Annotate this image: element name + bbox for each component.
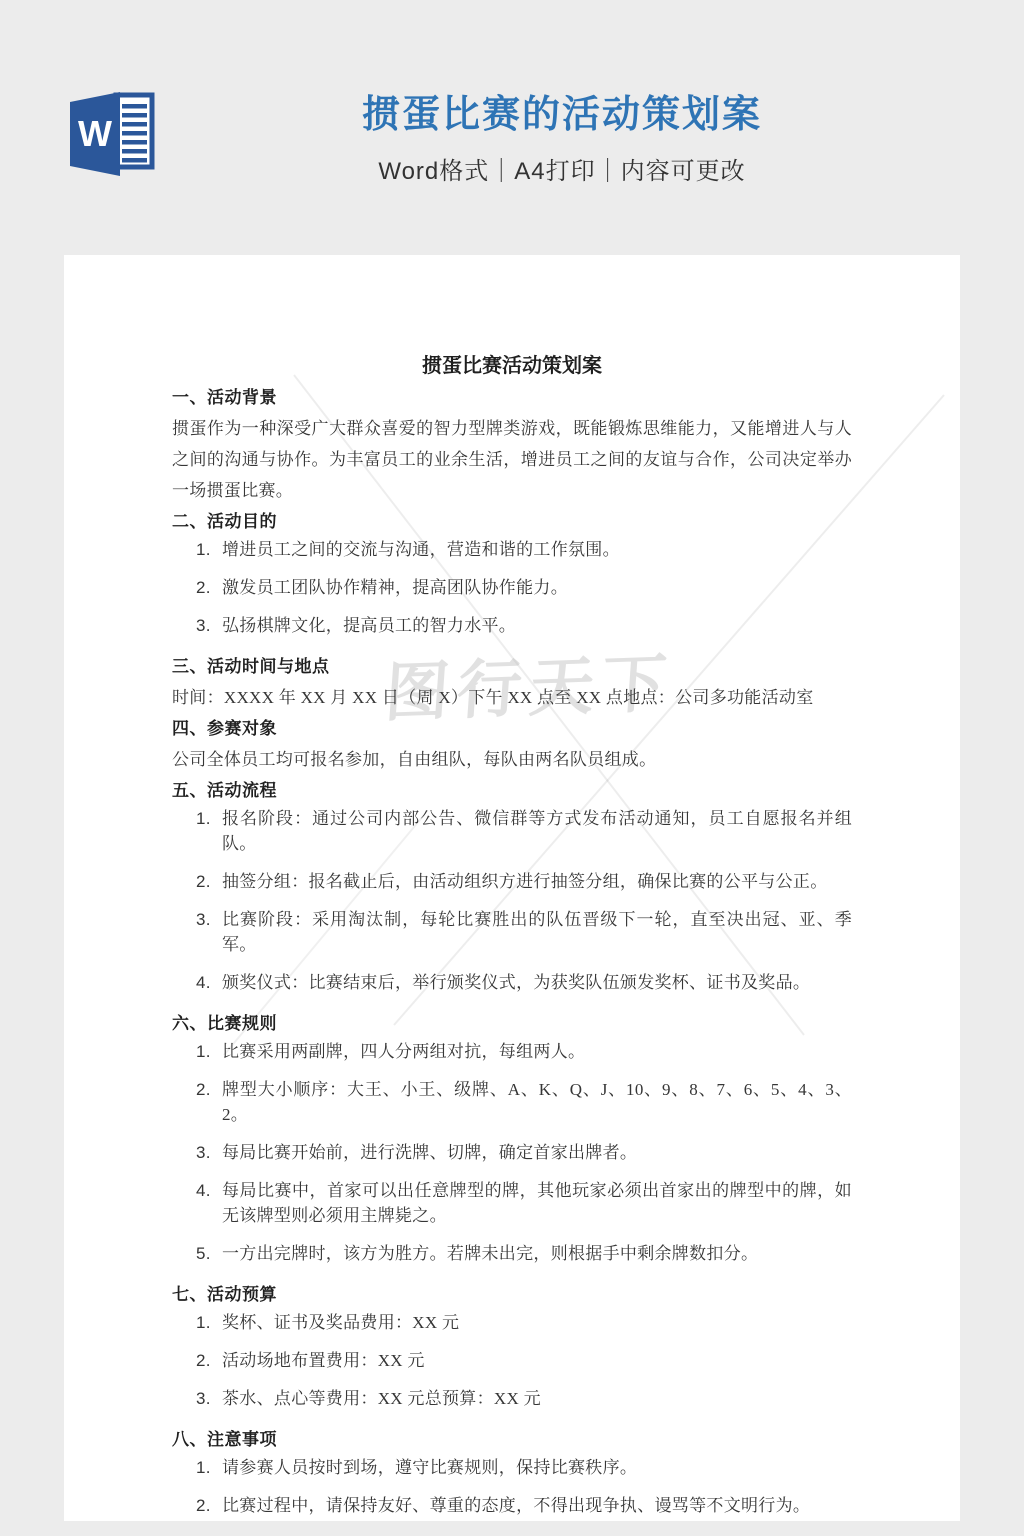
- section-heading: 二、活动目的: [172, 506, 852, 537]
- list-item-number: 3.: [196, 907, 211, 932]
- document-card: 图行天下 掼蛋比赛活动策划案 一、活动背景掼蛋作为一种深受广大群众喜爱的智力型牌…: [64, 255, 960, 1521]
- list-item-number: 2.: [196, 1348, 211, 1373]
- list-item: 1.比赛采用两副牌，四人分两组对抗，每组两人。: [172, 1039, 852, 1064]
- list-item-text: 抽签分组：报名截止后，由活动组织方进行抽签分组，确保比赛的公平与公正。: [222, 872, 828, 891]
- section-heading: 八、注意事项: [172, 1424, 852, 1455]
- list-item: 1.请参赛人员按时到场，遵守比赛规则，保持比赛秩序。: [172, 1455, 852, 1480]
- section-heading: 一、活动背景: [172, 382, 852, 413]
- list-item-text: 一方出完牌时，该方为胜方。若牌未出完，则根据手中剩余牌数扣分。: [222, 1244, 758, 1263]
- paragraph: 公司全体员工均可报名参加，自由组队，每队由两名队员组成。: [172, 744, 852, 775]
- list-item-number: 1.: [196, 806, 211, 831]
- list-item-text: 比赛过程中，请保持友好、尊重的态度，不得出现争执、谩骂等不文明行为。: [222, 1496, 810, 1515]
- list-item: 2.比赛过程中，请保持友好、尊重的态度，不得出现争执、谩骂等不文明行为。: [172, 1493, 852, 1518]
- doc-blocks: 一、活动背景掼蛋作为一种深受广大群众喜爱的智力型牌类游戏，既能锻炼思维能力，又能…: [172, 382, 852, 1518]
- numbered-list: 1.比赛采用两副牌，四人分两组对抗，每组两人。2.牌型大小顺序：大王、小王、级牌…: [172, 1039, 852, 1266]
- section-heading: 六、比赛规则: [172, 1008, 852, 1039]
- page: { "colors": { "page_bg": "#ececec", "car…: [0, 0, 1024, 1536]
- list-item-number: 1.: [196, 1455, 211, 1480]
- list-item-number: 2.: [196, 1493, 211, 1518]
- section-heading: 七、活动预算: [172, 1279, 852, 1310]
- list-item: 3.比赛阶段：采用淘汰制，每轮比赛胜出的队伍晋级下一轮，直至决出冠、亚、季军。: [172, 907, 852, 957]
- list-item: 3.每局比赛开始前，进行洗牌、切牌，确定首家出牌者。: [172, 1140, 852, 1165]
- list-item-text: 茶水、点心等费用：XX 元总预算：XX 元: [222, 1389, 541, 1408]
- list-item: 1.报名阶段：通过公司内部公告、微信群等方式发布活动通知，员工自愿报名并组队。: [172, 806, 852, 856]
- document-title: 掼蛋比赛活动策划案: [172, 351, 852, 382]
- section-heading: 五、活动流程: [172, 775, 852, 806]
- list-item: 1.增进员工之间的交流与沟通，营造和谐的工作氛围。: [172, 537, 852, 562]
- list-item: 3.弘扬棋牌文化，提高员工的智力水平。: [172, 613, 852, 638]
- list-item: 2.激发员工团队协作精神，提高团队协作能力。: [172, 575, 852, 600]
- section-heading: 四、参赛对象: [172, 713, 852, 744]
- list-item-text: 每局比赛中，首家可以出任意牌型的牌，其他玩家必须出首家出的牌型中的牌，如无该牌型…: [222, 1181, 852, 1225]
- list-item-text: 请参赛人员按时到场，遵守比赛规则，保持比赛秩序。: [222, 1458, 637, 1477]
- header-text-block: 掼蛋比赛的活动策划案 Word格式｜A4打印｜内容可更改: [0, 92, 1024, 186]
- numbered-list: 1.增进员工之间的交流与沟通，营造和谐的工作氛围。2.激发员工团队协作精神，提高…: [172, 537, 852, 638]
- list-item-number: 3.: [196, 1140, 211, 1165]
- list-item: 1.奖杯、证书及奖品费用：XX 元: [172, 1310, 852, 1335]
- list-item: 3.茶水、点心等费用：XX 元总预算：XX 元: [172, 1386, 852, 1411]
- list-item-number: 1.: [196, 1310, 211, 1335]
- list-item-text: 奖杯、证书及奖品费用：XX 元: [222, 1313, 459, 1332]
- list-item-text: 激发员工团队协作精神，提高团队协作能力。: [222, 578, 568, 597]
- page-title: 掼蛋比赛的活动策划案: [100, 92, 1024, 138]
- page-subtitle: Word格式｜A4打印｜内容可更改: [100, 151, 1024, 186]
- list-item-text: 每局比赛开始前，进行洗牌、切牌，确定首家出牌者。: [222, 1143, 637, 1162]
- document-content: 掼蛋比赛活动策划案 一、活动背景掼蛋作为一种深受广大群众喜爱的智力型牌类游戏，既…: [64, 255, 960, 1518]
- numbered-list: 1.奖杯、证书及奖品费用：XX 元2.活动场地布置费用：XX 元3.茶水、点心等…: [172, 1310, 852, 1411]
- list-item-text: 牌型大小顺序：大王、小王、级牌、A、K、Q、J、10、9、8、7、6、5、4、3…: [222, 1080, 852, 1124]
- page-header: W 掼蛋比赛的活动策划案 Word格式｜A4打印｜内容可更改: [0, 0, 1024, 255]
- list-item-text: 增进员工之间的交流与沟通，营造和谐的工作氛围。: [222, 540, 620, 559]
- list-item-number: 2.: [196, 575, 211, 600]
- list-item-text: 比赛采用两副牌，四人分两组对抗，每组两人。: [222, 1042, 585, 1061]
- list-item: 2.活动场地布置费用：XX 元: [172, 1348, 852, 1373]
- list-item-text: 活动场地布置费用：XX 元: [222, 1351, 425, 1370]
- list-item-number: 2.: [196, 1077, 211, 1102]
- list-item-number: 3.: [196, 1386, 211, 1411]
- list-item: 5.一方出完牌时，该方为胜方。若牌未出完，则根据手中剩余牌数扣分。: [172, 1241, 852, 1266]
- list-item: 2.抽签分组：报名截止后，由活动组织方进行抽签分组，确保比赛的公平与公正。: [172, 869, 852, 894]
- list-item-number: 1.: [196, 1039, 211, 1064]
- section-heading: 三、活动时间与地点: [172, 651, 852, 682]
- list-item: 2.牌型大小顺序：大王、小王、级牌、A、K、Q、J、10、9、8、7、6、5、4…: [172, 1077, 852, 1127]
- list-item-number: 3.: [196, 613, 211, 638]
- paragraph: 掼蛋作为一种深受广大群众喜爱的智力型牌类游戏，既能锻炼思维能力，又能增进人与人之…: [172, 413, 852, 506]
- list-item-number: 5.: [196, 1241, 211, 1266]
- list-item: 4.颁奖仪式：比赛结束后，举行颁奖仪式，为获奖队伍颁发奖杯、证书及奖品。: [172, 970, 852, 995]
- list-item-number: 1.: [196, 537, 211, 562]
- numbered-list: 1.报名阶段：通过公司内部公告、微信群等方式发布活动通知，员工自愿报名并组队。2…: [172, 806, 852, 995]
- list-item-text: 颁奖仪式：比赛结束后，举行颁奖仪式，为获奖队伍颁发奖杯、证书及奖品。: [222, 973, 810, 992]
- list-item-number: 4.: [196, 970, 211, 995]
- numbered-list: 1.请参赛人员按时到场，遵守比赛规则，保持比赛秩序。2.比赛过程中，请保持友好、…: [172, 1455, 852, 1518]
- list-item-number: 2.: [196, 869, 211, 894]
- list-item-text: 比赛阶段：采用淘汰制，每轮比赛胜出的队伍晋级下一轮，直至决出冠、亚、季军。: [222, 910, 852, 954]
- list-item: 4.每局比赛中，首家可以出任意牌型的牌，其他玩家必须出首家出的牌型中的牌，如无该…: [172, 1178, 852, 1228]
- list-item-text: 弘扬棋牌文化，提高员工的智力水平。: [222, 616, 516, 635]
- list-item-number: 4.: [196, 1178, 211, 1203]
- list-item-text: 报名阶段：通过公司内部公告、微信群等方式发布活动通知，员工自愿报名并组队。: [222, 809, 852, 853]
- paragraph: 时间：XXXX 年 XX 月 XX 日（周 X）下午 XX 点至 XX 点地点：…: [172, 682, 852, 713]
